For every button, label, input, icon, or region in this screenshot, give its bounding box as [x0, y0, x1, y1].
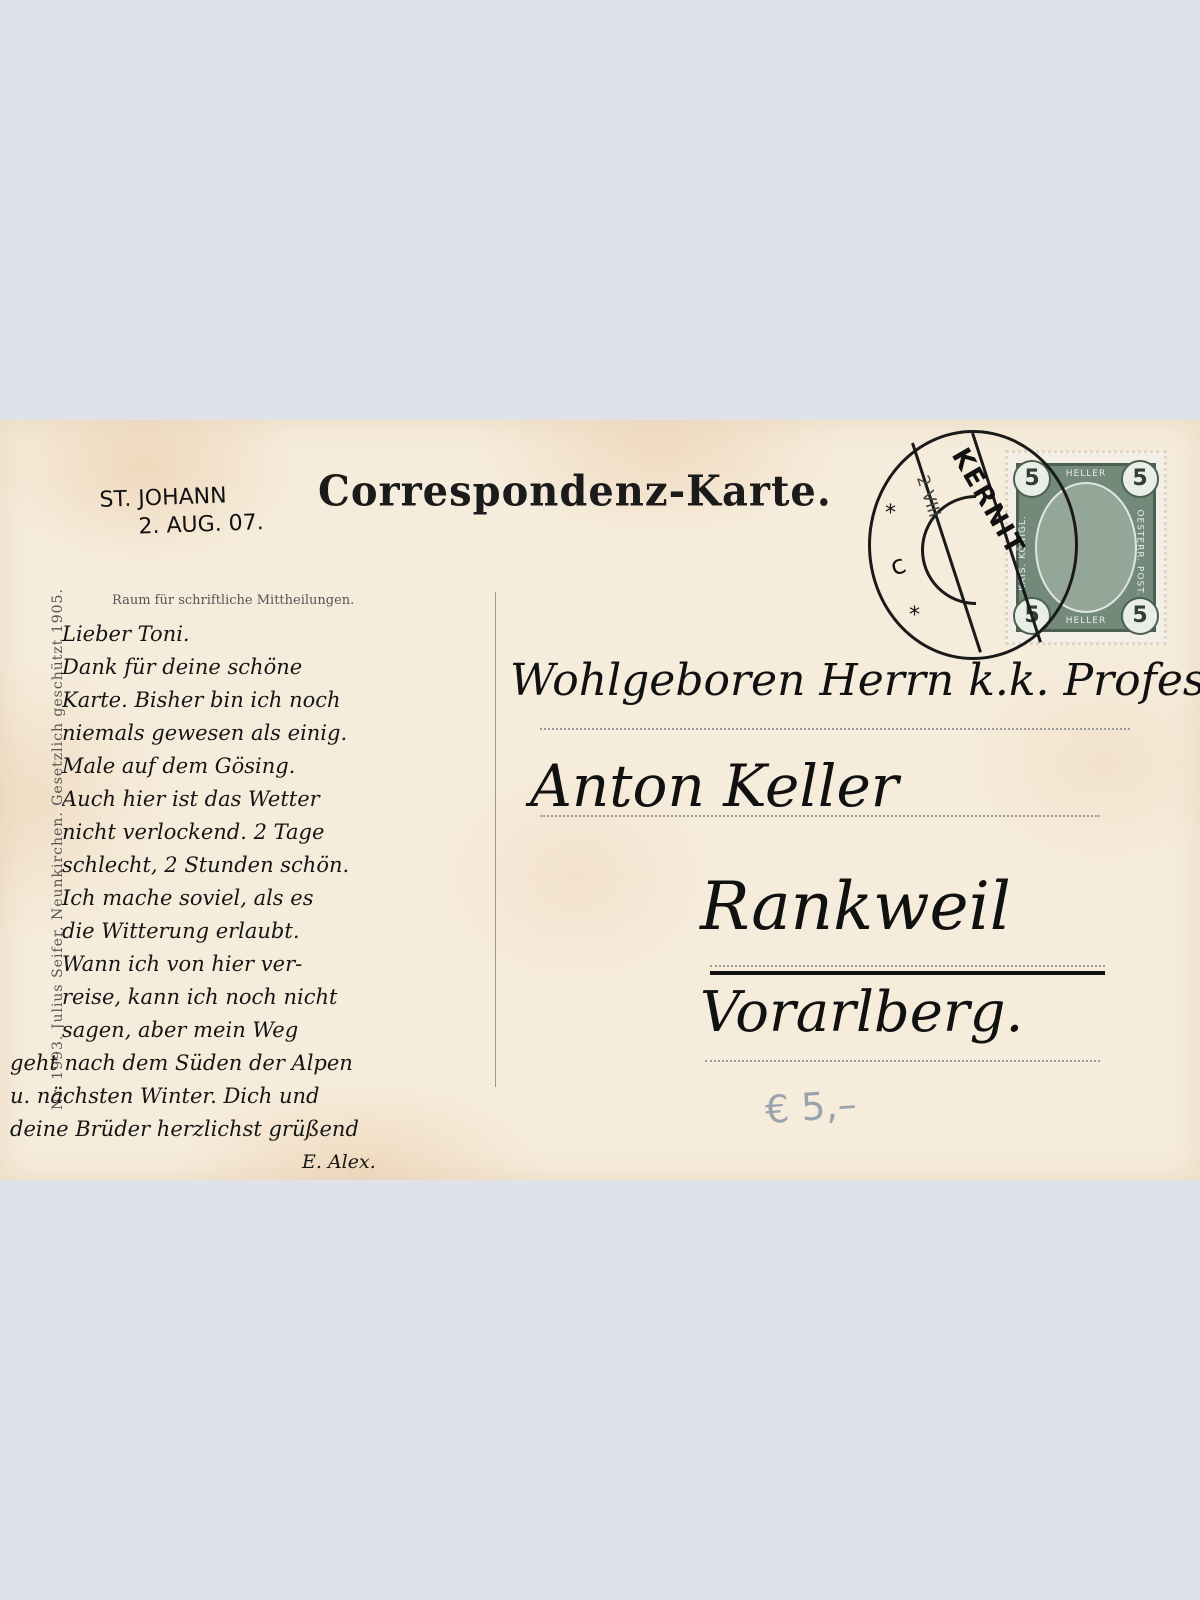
stamp-value: 5 [1121, 597, 1159, 635]
stamp-right-text: OESTERR. POST. [1134, 509, 1144, 596]
message-line: geht nach dem Süden der Alpen [10, 1047, 502, 1080]
handwritten-message: Lieber Toni.Dank für deine schöneKarte. … [62, 618, 502, 1179]
message-line: Karte. Bisher bin ich noch [62, 684, 502, 717]
address-name: Anton Keller [530, 752, 899, 820]
card-title: Correspondenz-Karte. [318, 467, 832, 516]
address-line [705, 1060, 1100, 1062]
address-line [540, 815, 1100, 817]
message-line: reise, kann ich noch nicht [62, 981, 502, 1014]
message-line: niemals gewesen als einig. [62, 717, 502, 750]
date: 2. AUG. 07. [100, 509, 264, 543]
postmark: * * c 2 VIII KERNIT [868, 430, 1078, 660]
stamp-top-text: HELLER [1066, 469, 1106, 479]
message-line: schlecht, 2 Stunden schön. [62, 849, 502, 882]
message-area-label: Raum für schriftliche Mittheilungen. [112, 593, 354, 608]
town-underline [710, 971, 1105, 975]
message-line: Ich mache soviel, als es [62, 882, 502, 915]
message-line: sagen, aber mein Weg [62, 1014, 502, 1047]
star-icon: * [909, 603, 920, 628]
message-line: Wann ich von hier ver- [62, 948, 502, 981]
message-line: Dank für deine schöne [62, 651, 502, 684]
place-date: ST. JOHANN 2. AUG. 07. [99, 481, 264, 543]
message-line: nicht verlockend. 2 Tage [62, 816, 502, 849]
message-line: die Witterung erlaubt. [62, 915, 502, 948]
message-line: Auch hier ist das Wetter [62, 783, 502, 816]
message-line: u. nächsten Winter. Dich und [10, 1080, 502, 1113]
stamp-bottom-text: HELLER [1066, 616, 1106, 626]
address-town: Rankweil [700, 868, 1011, 945]
message-line: Lieber Toni. [62, 618, 502, 651]
address-line [710, 965, 1105, 967]
stamp-value: 5 [1121, 460, 1159, 498]
address-salutation: Wohlgeboren Herrn k.k. Professor [510, 655, 1200, 706]
message-line: deine Brüder herzlichst grüßend [10, 1113, 502, 1146]
star-icon: * [885, 501, 896, 526]
address-region: Vorarlberg. [700, 980, 1023, 1045]
postmark-letter: c [886, 549, 910, 582]
address-line [540, 728, 1130, 730]
message-line: Male auf dem Gösing. [62, 750, 502, 783]
pencil-price-note: € 5,– [764, 1082, 858, 1132]
postmark-date: 2 VIII [912, 473, 944, 520]
signature: E. Alex. [302, 1146, 502, 1179]
